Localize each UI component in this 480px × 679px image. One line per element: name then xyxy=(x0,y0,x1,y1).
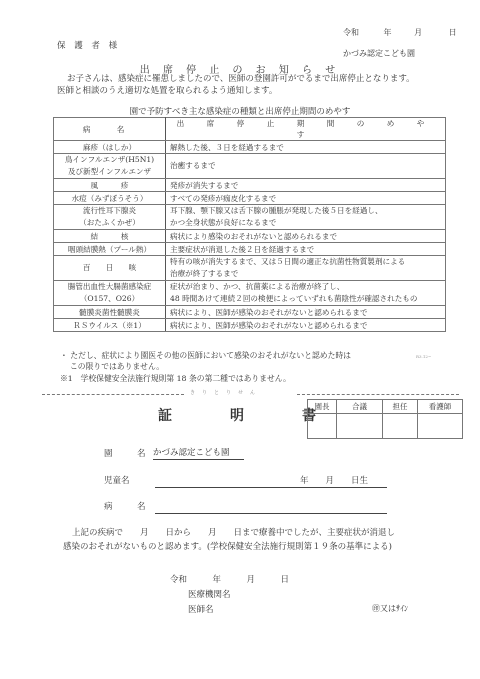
stamp-cell-teacher[interactable] xyxy=(383,414,418,439)
disease-name: 水痘（みずぼうそう） xyxy=(54,192,166,205)
child-name-field[interactable] xyxy=(155,487,387,488)
birth-date-field[interactable]: 年 月 日生 xyxy=(300,474,368,486)
date-month: 月 xyxy=(414,27,422,38)
cut-line-label: きりとりせん xyxy=(190,389,262,396)
revision-code: R3.12~ xyxy=(416,354,431,359)
disease-name: 腸管出血性大腸菌感染症（O157、O26） xyxy=(54,281,166,306)
stamp-cell-consult[interactable] xyxy=(337,414,383,439)
period: すべての発疹が痂皮化するまで xyxy=(166,192,446,205)
seal-or-signature-note: ㊞又はｻｲﾝ xyxy=(372,603,408,614)
disease-name: 髄膜炎菌性髄膜炎 xyxy=(54,306,166,319)
disease-table: 病 名 出 席 停 止 期 間 の め や す 麻疹（はしか） 解熱した後、３日… xyxy=(53,117,446,332)
cut-line-right xyxy=(297,394,459,395)
disease-name: 鳥インフルエンザ(H5N1)及び新型インフルエンザ xyxy=(54,154,166,179)
approval-header-teacher: 担任 xyxy=(383,400,418,414)
table-caption: 園で予防すべき主な感染症の種類と出席停止期間のめやす xyxy=(0,105,480,117)
disease-name: 百 日 咳 xyxy=(54,256,166,281)
header-disease-name: 病 名 xyxy=(54,118,166,141)
table-row: 咽頭結膜熱（プール熱） 主要症状が消退した後２日を経過するまで xyxy=(54,243,446,256)
period: 治癒するまで xyxy=(166,154,446,179)
date-day: 日 xyxy=(449,27,457,38)
period: 病状により、医師が感染のおそれがないと認められるまで xyxy=(166,306,446,319)
date-year: 年 xyxy=(384,27,392,38)
table-row: 麻疹（はしか） 解熱した後、３日を経過するまで xyxy=(54,141,446,154)
notice-body-line1: お子さんは、感染症に罹患しましたので、医師の登園許可がでるまで出席停止となります… xyxy=(67,72,415,84)
period: 主要症状が消退した後２日を経過するまで xyxy=(166,243,446,256)
stamp-cell-nurse[interactable] xyxy=(418,414,463,439)
issue-date: 令和 年 月 日 xyxy=(343,27,457,38)
notice-body-line2: 医師と相談のうえ適切な処置を取られるよう通知します。 xyxy=(57,84,277,96)
period: 発疹が消失するまで xyxy=(166,179,446,192)
disease-name-field[interactable] xyxy=(155,513,387,514)
period: 解熱した後、３日を経過するまで xyxy=(166,141,446,154)
note-footnote: ※1 学校保健安全法施行規則第 18 条の第二種ではありません。 xyxy=(60,373,291,384)
table-row: 水痘（みずぼうそう） すべての発疹が痂皮化するまで xyxy=(54,192,446,205)
table-row: 腸管出血性大腸菌感染症（O157、O26） 症状が治まり、かつ、抗菌薬による治療… xyxy=(54,281,446,306)
period: 特有の咳が消失するまで、又は５日間の適正な抗菌性物質製剤による治療が終了するまで xyxy=(166,256,446,281)
period: 症状が治まり、かつ、抗菌薬による治療が終了し、48 時間あけて連続２回の検便によ… xyxy=(166,281,446,306)
table-row: 鳥インフルエンザ(H5N1)及び新型インフルエンザ 治癒するまで xyxy=(54,154,446,179)
stamp-cell-principal[interactable] xyxy=(308,414,337,439)
approval-header-nurse: 看護師 xyxy=(418,400,463,414)
disease-name: 風 疹 xyxy=(54,179,166,192)
date-era: 令和 xyxy=(343,27,359,38)
period: 病状により、医師が感染のおそれがないと認められるまで xyxy=(166,319,446,332)
disease-name: 咽頭結膜熱（プール熱） xyxy=(54,243,166,256)
period: 病状により感染のおそれがないと認められるまで xyxy=(166,230,446,243)
disease-name: 麻疹（はしか） xyxy=(54,141,166,154)
approval-stamp-table: 園長 合議 担任 看護師 xyxy=(307,399,463,439)
table-row: 髄膜炎菌性髄膜炎 病状により、医師が感染のおそれがないと認められるまで xyxy=(54,306,446,319)
table-row: 結 核 病状により感染のおそれがないと認められるまで xyxy=(54,230,446,243)
approval-header-principal: 園長 xyxy=(308,400,337,414)
table-row: ＲＳウイルス（※1） 病状により、医師が感染のおそれがないと認められるまで xyxy=(54,319,446,332)
disease-name: 結 核 xyxy=(54,230,166,243)
table-header-row: 病 名 出 席 停 止 期 間 の め や す xyxy=(54,118,446,141)
note-exception-cont: この限りではありません。 xyxy=(70,361,164,372)
disease-name: ＲＳウイルス（※1） xyxy=(54,319,166,332)
table-row: 風 疹 発疹が消失するまで xyxy=(54,179,446,192)
institution-label: 医療機関名 xyxy=(188,588,231,600)
doctor-label: 医師名 xyxy=(188,603,214,615)
cut-line-left xyxy=(42,394,184,395)
certificate-body-line1: 上記の疾病で 月 日から 月 日まで療養中でしたが、主要症状が消退し xyxy=(72,526,395,538)
table-row: 百 日 咳 特有の咳が消失するまで、又は５日間の適正な抗菌性物質製剤による治療が… xyxy=(54,256,446,281)
header-period: 出 席 停 止 期 間 の め や す xyxy=(166,118,446,141)
certificate-body-line2: 感染のおそれがないものと認めます。(学校保健安全法施行規則第１９条の基準による) xyxy=(63,540,392,552)
period: 耳下腺、顎下腺又は舌下腺の腫脹が発現した後５日を経過し、かつ全身状態が良好になる… xyxy=(166,205,446,230)
disease-name-label: 病 名 xyxy=(104,500,154,512)
school-name-field[interactable]: かづみ認定こども園 xyxy=(153,446,244,460)
addressee: 保 護 者 様 xyxy=(57,39,120,51)
sender-name: かづみ認定こども園 xyxy=(343,48,415,59)
school-label: 園 名 xyxy=(104,447,154,459)
child-name-label: 児童名 xyxy=(104,474,130,486)
certificate-date[interactable]: 令和 年 月 日 xyxy=(170,573,289,585)
approval-header-consult: 合議 xyxy=(337,400,383,414)
table-row: 流行性耳下腺炎（おたふくかぜ） 耳下腺、顎下腺又は舌下腺の腫脹が発現した後５日を… xyxy=(54,205,446,230)
note-exception: ・ ただし、症状により園医その他の医師において感染のおそれがないと認めた時は xyxy=(60,350,351,361)
disease-name: 流行性耳下腺炎（おたふくかぜ） xyxy=(54,205,166,230)
